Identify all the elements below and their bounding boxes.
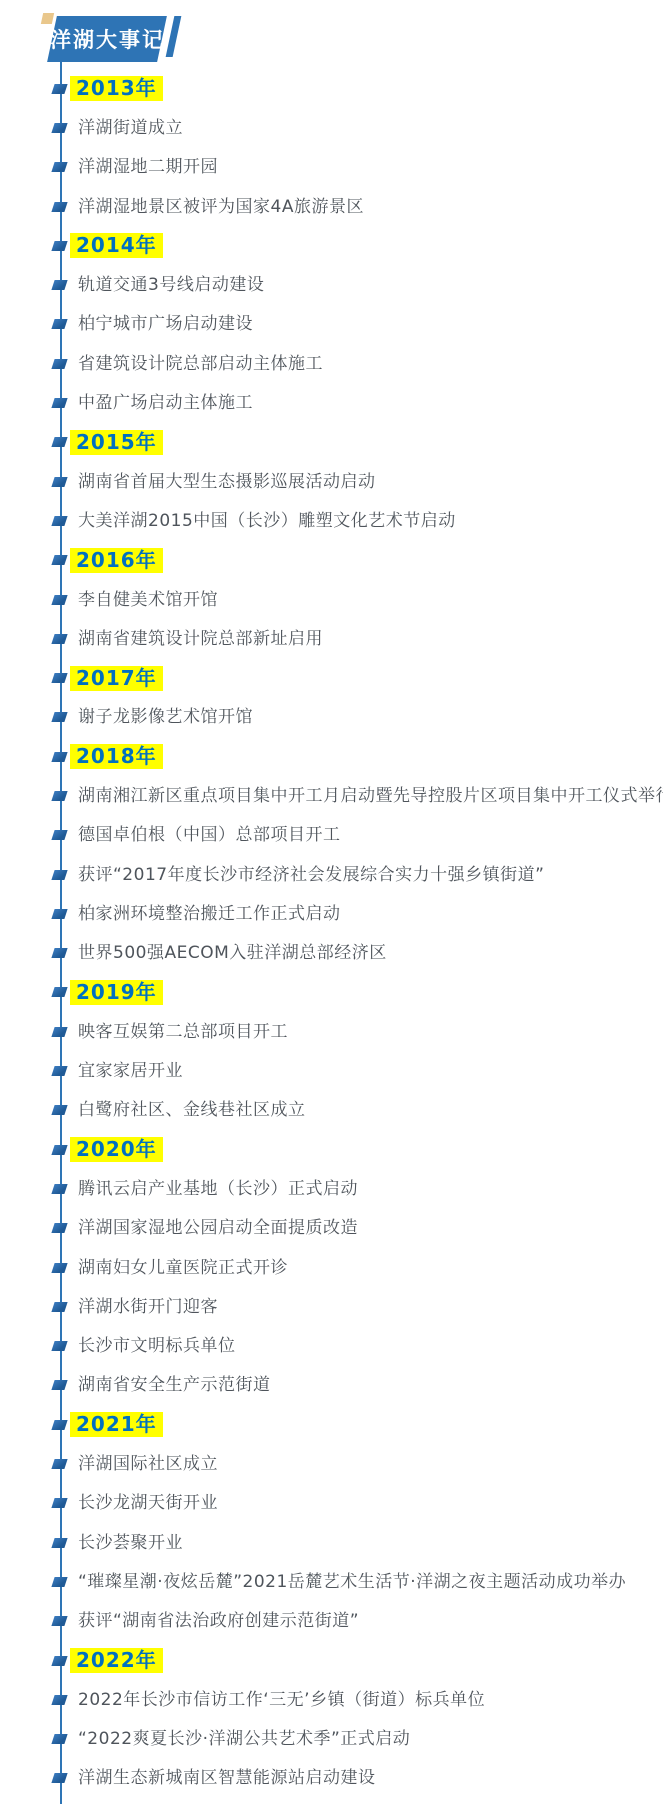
timeline: 2013年洋湖街道成立洋湖湿地二期开园洋湖湿地景区被评为国家4A旅游景区2014… [0,69,663,1798]
event-text: 李自健美术馆开馆 [78,589,218,611]
event-text: 柏宁城市广场启动建设 [78,313,253,335]
timeline-bullet-icon [51,1380,67,1390]
timeline-bullet-icon [51,1577,67,1587]
year-label: 2020年 [70,1137,163,1162]
event-text: 世界500强AECOM入驻洋湖总部经济区 [78,942,387,964]
timeline-bullet-icon [51,830,67,840]
event-row: 柏家洲环境整治搬迁工作正式启动 [0,894,663,933]
event-text: 长沙市文明标兵单位 [78,1335,236,1357]
timeline-bullet-icon [51,1341,67,1351]
timeline-bullet-icon [51,477,67,487]
event-row: 中盈广场启动主体施工 [0,383,663,422]
event-text: 湖南湘江新区重点项目集中开工月启动暨先导控股片区项目集中开工仪式举行 [78,785,663,807]
event-row: 洋湖水街开门迎客 [0,1287,663,1326]
event-row: 洋湖湿地景区被评为国家4A旅游景区 [0,187,663,226]
event-row: 获评“2017年度长沙市经济社会发展综合实力十强乡镇街道” [0,855,663,894]
timeline-bullet-icon [51,1066,67,1076]
timeline-page: 洋湖大事记 2013年洋湖街道成立洋湖湿地二期开园洋湖湿地景区被评为国家4A旅游… [0,0,663,1812]
timeline-bullet-icon [51,84,67,94]
event-row: 2022年长沙市信访工作‘三无’乡镇（街道）标兵单位 [0,1680,663,1719]
timeline-bullet-icon [51,162,67,172]
timeline-bullet-icon [51,1538,67,1548]
event-row: 世界500强AECOM入驻洋湖总部经济区 [0,934,663,973]
event-text: 洋湖生态新城南区智慧能源站启动建设 [78,1767,376,1789]
event-text: 白鹭府社区、金线巷社区成立 [78,1099,306,1121]
timeline-bullet-icon [51,909,67,919]
event-text: “璀璨星潮·夜炫岳麓”2021岳麓艺术生活节·洋湖之夜主题活动成功举办 [78,1571,626,1593]
timeline-bullet-icon [51,1302,67,1312]
timeline-bullet-icon [51,1773,67,1783]
event-row: 洋湖街道成立 [0,108,663,147]
timeline-bullet-icon [51,319,67,329]
event-text: 轨道交通3号线启动建设 [78,274,264,296]
timeline-bullet-icon [51,241,67,251]
event-text: 德国卓伯根（中国）总部项目开工 [78,824,341,846]
year-marker-row: 2019年 [0,973,663,1012]
year-marker-row: 2022年 [0,1641,663,1680]
timeline-bullet-icon [51,712,67,722]
timeline-bullet-icon [51,673,67,683]
event-text: 长沙龙湖天街开业 [78,1492,218,1514]
year-label: 2022年 [70,1648,163,1673]
timeline-bullet-icon [51,595,67,605]
timeline-bullet-icon [51,1734,67,1744]
event-row: “璀璨星潮·夜炫岳麓”2021岳麓艺术生活节·洋湖之夜主题活动成功举办 [0,1562,663,1601]
timeline-bullet-icon [51,359,67,369]
event-row: 李自健美术馆开馆 [0,580,663,619]
year-marker-row: 2020年 [0,1130,663,1169]
event-text: 洋湖水街开门迎客 [78,1296,218,1318]
timeline-bullet-icon [51,202,67,212]
event-row: 大美洋湖2015中国（长沙）雕塑文化艺术节启动 [0,501,663,540]
event-text: 大美洋湖2015中国（长沙）雕塑文化艺术节启动 [78,510,456,532]
event-text: 获评“湖南省法治政府创建示范街道” [78,1610,359,1632]
year-marker-row: 2016年 [0,541,663,580]
event-row: 柏宁城市广场启动建设 [0,305,663,344]
event-row: 长沙荟聚开业 [0,1523,663,1562]
year-label: 2016年 [70,548,163,573]
year-label: 2017年 [70,666,163,691]
event-row: 湖南湘江新区重点项目集中开工月启动暨先导控股片区项目集中开工仪式举行 [0,776,663,815]
timeline-bullet-icon [51,1420,67,1430]
timeline-bullet-icon [51,1498,67,1508]
event-row: 谢子龙影像艺术馆开馆 [0,698,663,737]
timeline-bullet-icon [51,870,67,880]
event-text: 获评“2017年度长沙市经济社会发展综合实力十强乡镇街道” [78,864,544,886]
page-title: 洋湖大事记 [50,24,165,54]
year-marker-row: 2015年 [0,423,663,462]
event-text: 湖南妇女儿童医院正式开诊 [78,1257,288,1279]
event-text: 宜家家居开业 [78,1060,183,1082]
badge-corner-decoration-icon [41,13,54,24]
event-text: 洋湖湿地二期开园 [78,156,218,178]
event-row: 腾讯云启产业基地（长沙）正式启动 [0,1169,663,1208]
timeline-bullet-icon [51,437,67,447]
event-row: 宜家家居开业 [0,1051,663,1090]
year-marker-row: 2021年 [0,1405,663,1444]
event-row: 湖南省建筑设计院总部新址启用 [0,619,663,658]
timeline-bullet-icon [51,555,67,565]
event-row: 洋湖国家湿地公园启动全面提质改造 [0,1209,663,1248]
event-text: 柏家洲环境整治搬迁工作正式启动 [78,903,341,925]
event-text: 湖南省安全生产示范街道 [78,1374,271,1396]
timeline-bullet-icon [51,634,67,644]
event-row: 洋湖生态新城南区智慧能源站启动建设 [0,1759,663,1798]
event-row: 获评“湖南省法治政府创建示范街道” [0,1602,663,1641]
timeline-bullet-icon [51,1105,67,1115]
event-text: 映客互娱第二总部项目开工 [78,1021,288,1043]
event-row: 湖南省首届大型生态摄影巡展活动启动 [0,462,663,501]
timeline-bullet-icon [51,280,67,290]
timeline-bullet-icon [51,1145,67,1155]
event-text: 长沙荟聚开业 [78,1532,183,1554]
event-row: 德国卓伯根（中国）总部项目开工 [0,816,663,855]
year-marker-row: 2018年 [0,737,663,776]
timeline-bullet-icon [51,1223,67,1233]
timeline-bullet-icon [51,1027,67,1037]
year-marker-row: 2017年 [0,658,663,697]
event-text: 中盈广场启动主体施工 [78,392,253,414]
event-row: 湖南省安全生产示范街道 [0,1366,663,1405]
timeline-bullet-icon [51,516,67,526]
timeline-bullet-icon [51,752,67,762]
event-text: 2022年长沙市信访工作‘三无’乡镇（街道）标兵单位 [78,1689,485,1711]
event-text: 洋湖国际社区成立 [78,1453,218,1475]
year-marker-row: 2014年 [0,226,663,265]
timeline-bullet-icon [51,1184,67,1194]
timeline-bullet-icon [51,398,67,408]
event-row: 洋湖湿地二期开园 [0,148,663,187]
timeline-bullet-icon [51,1459,67,1469]
event-row: 长沙龙湖天街开业 [0,1484,663,1523]
year-label: 2014年 [70,233,163,258]
event-text: 洋湖湿地景区被评为国家4A旅游景区 [78,196,364,218]
year-label: 2019年 [70,980,163,1005]
event-row: “2022爽夏长沙·洋湖公共艺术季”正式启动 [0,1719,663,1758]
timeline-bullet-icon [51,123,67,133]
event-text: 腾讯云启产业基地（长沙）正式启动 [78,1178,358,1200]
year-marker-row: 2013年 [0,69,663,108]
timeline-bullet-icon [51,1616,67,1626]
year-label: 2018年 [70,744,163,769]
page-title-badge: 洋湖大事记 [47,16,167,62]
event-row: 映客互娱第二总部项目开工 [0,1012,663,1051]
year-label: 2021年 [70,1412,163,1437]
year-label: 2013年 [70,76,163,101]
event-text: 省建筑设计院总部启动主体施工 [78,353,323,375]
event-row: 白鹭府社区、金线巷社区成立 [0,1091,663,1130]
timeline-bullet-icon [51,1656,67,1666]
event-text: 洋湖街道成立 [78,117,183,139]
timeline-bullet-icon [51,791,67,801]
event-text: 谢子龙影像艺术馆开馆 [78,706,253,728]
event-row: 省建筑设计院总部启动主体施工 [0,344,663,383]
event-row: 湖南妇女儿童医院正式开诊 [0,1248,663,1287]
event-text: “2022爽夏长沙·洋湖公共艺术季”正式启动 [78,1728,410,1750]
timeline-bullet-icon [51,987,67,997]
event-row: 轨道交通3号线启动建设 [0,265,663,304]
event-text: 洋湖国家湿地公园启动全面提质改造 [78,1217,358,1239]
event-row: 长沙市文明标兵单位 [0,1327,663,1366]
event-text: 湖南省建筑设计院总部新址启用 [78,628,323,650]
badge-stripe-decoration-icon [166,16,182,57]
year-label: 2015年 [70,430,163,455]
timeline-bullet-icon [51,1263,67,1273]
timeline-bullet-icon [51,1695,67,1705]
timeline-bullet-icon [51,948,67,958]
event-text: 湖南省首届大型生态摄影巡展活动启动 [78,471,376,493]
event-row: 洋湖国际社区成立 [0,1444,663,1483]
